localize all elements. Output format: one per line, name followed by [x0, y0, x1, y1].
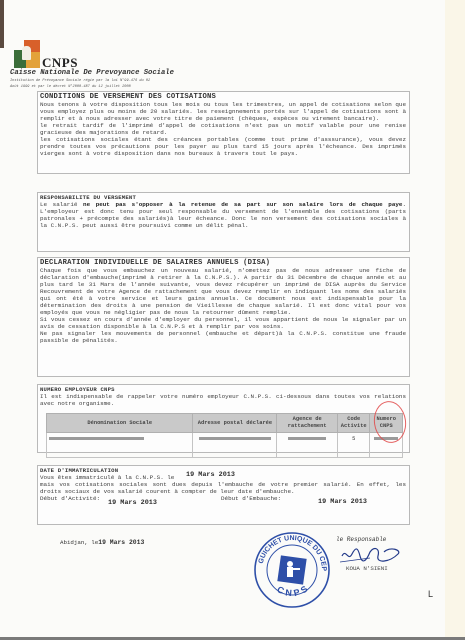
legal-notice: Institution de Prévoyance Sociale régie …	[10, 78, 150, 90]
place-and-date: Abidjan, le19 Mars 2013	[60, 539, 144, 546]
paragraph: les cotisations sociales étant des créan…	[40, 136, 406, 157]
scan-edge	[0, 0, 4, 48]
hiring-start-label: Début d'Embauche:	[221, 495, 281, 502]
col-header: Adresse postal déclarée	[193, 414, 277, 433]
activity-start-label: Début d'Activité:	[40, 495, 100, 502]
start-dates: Début d'Activité: 19 Mars 2013 Début d'E…	[40, 495, 406, 509]
section-title: NUMERO EMPLOYEUR CNPS	[40, 386, 406, 393]
section-disa: DECLARATION INDIVIDUELLE DE SALAIRES ANN…	[37, 257, 410, 377]
paragraph: Nous tenons à votre disposition tous les…	[40, 101, 406, 122]
col-header: Dénomination Sociale	[47, 414, 193, 433]
section-immatriculation: DATE D'IMMATRICULATION Vous êtes immatri…	[37, 465, 410, 525]
paragraph: Le salarié ne peut pas s'opposer à la re…	[40, 201, 406, 229]
cnps-logo-icon	[14, 40, 40, 68]
table-row: 5	[47, 433, 403, 458]
redaction-bar	[288, 437, 326, 440]
text-lead: Le salarié	[40, 201, 83, 208]
hiring-start-date: 19 Mars 2013	[318, 499, 367, 506]
page-edge-strip	[445, 0, 465, 640]
cell-agence	[277, 433, 338, 458]
col-header: Code Activite	[337, 414, 369, 433]
registration-line: Vous êtes immatriculé à la C.N.P.S. le 1…	[40, 474, 406, 481]
section-conditions: CONDITIONS DE VERSEMENT DES COTISATIONS …	[37, 91, 410, 174]
paragraph: Il est indispensable de rappeler votre n…	[40, 393, 406, 407]
responsible-name: KOUA N'SIENI	[346, 565, 388, 572]
issue-date: 19 Mars 2013	[98, 539, 144, 546]
registration-date: 19 Mars 2013	[186, 472, 235, 479]
paragraph: Si vous cessez en cours d'année d'employ…	[40, 316, 406, 330]
section-title: RESPONSABILITE DU VERSEMENT	[40, 194, 406, 201]
redaction-bar	[199, 437, 271, 440]
cell-adresse	[193, 433, 277, 458]
cnps-stamp-icon: GUICHET UNIQUE DU CEPICI CNPS	[252, 530, 332, 610]
place-label: Abidjan, le	[60, 539, 98, 546]
paragraph: Chaque fois que vous embauchez un nouvea…	[40, 267, 406, 316]
cell-denomination	[47, 433, 193, 458]
section-title: CONDITIONS DE VERSEMENT DES COTISATIONS	[40, 93, 406, 101]
paragraph: le retrait tardif de l'imprimé d'appel d…	[40, 122, 406, 136]
redaction-bar	[49, 437, 144, 440]
organization-name: Caisse Nationale De Prevoyance Sociale	[10, 69, 174, 77]
section-responsabilite: RESPONSABILITE DU VERSEMENT Le salarié n…	[37, 192, 410, 252]
responsible-label: le Responsable	[336, 536, 386, 543]
section-numero-employeur: NUMERO EMPLOYEUR CNPS Il est indispensab…	[37, 384, 410, 453]
employer-table: Dénomination Sociale Adresse postal décl…	[46, 413, 403, 458]
handwritten-mark: L	[428, 589, 433, 599]
col-header: Agence de rattachement	[277, 414, 338, 433]
paragraph: Ne pas signaler les mouvements de person…	[40, 330, 406, 344]
paragraph: mais vos cotisations sociales sont dues …	[40, 481, 406, 495]
text-emphasis: ne peut pas s'opposer à la retenue de sa…	[83, 201, 402, 208]
legal-line-2: Août 1999 et par le décret N°2000-487 du…	[10, 84, 150, 90]
cell-code: 5	[337, 433, 369, 458]
section-title: DECLARATION INDIVIDUELLE DE SALAIRES ANN…	[40, 259, 406, 267]
svg-text:CNPS: CNPS	[276, 582, 312, 598]
activity-start-date: 19 Mars 2013	[108, 500, 157, 507]
registration-text: Vous êtes immatriculé à la C.N.P.S. le	[40, 474, 174, 481]
